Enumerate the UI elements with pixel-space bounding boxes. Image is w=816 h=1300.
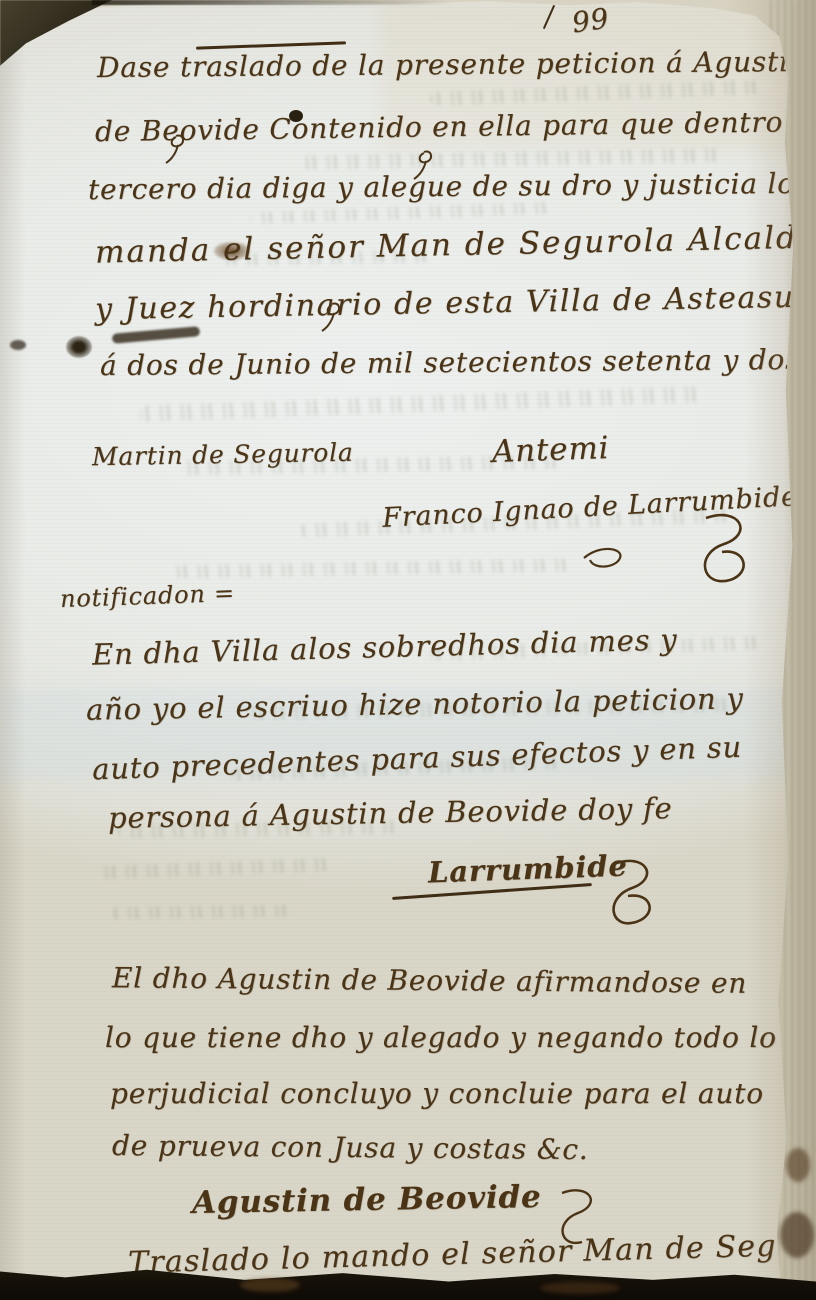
ink-blot-stain — [66, 336, 92, 358]
edge-stain — [780, 1212, 814, 1258]
conclusion-line: El dho Agustin de Beovide afirmandose en — [112, 961, 747, 1000]
flourish-mark — [306, 300, 346, 334]
flourish-mark — [150, 132, 190, 166]
bottom-edge-stain — [540, 1282, 620, 1294]
signature-agustin-de-beovide: Agustin de Beovide — [192, 1179, 542, 1221]
signature-martin-de-segurola: Martin de Segurola — [92, 438, 354, 472]
attestation-ante-mi: Antemi — [491, 430, 609, 470]
top-edge-shadow — [92, 0, 452, 5]
decree-line: Dase traslado de la presente peticion á … — [97, 45, 808, 84]
conclusion-line: perjudicial concluyo y concluie para el … — [110, 1077, 764, 1110]
conclusion-line: de prueva con Jusa y costas &c. — [112, 1129, 589, 1166]
left-edge-shadow — [0, 0, 26, 1300]
decree-line: tercero dia diga y alegue de su dro y ju… — [88, 167, 795, 206]
edge-stain — [786, 1148, 810, 1182]
folio-number: 99 — [570, 2, 611, 40]
conclusion-line: lo que tiene dho y alegado y negando tod… — [105, 1021, 777, 1054]
bottom-edge-stain — [240, 1278, 300, 1292]
decree-line: á dos de Junio de mil setecientos setent… — [100, 343, 801, 382]
rubric-flourish — [598, 858, 662, 942]
paper-sheet: 99 6 Dase traslado de la presente petici… — [0, 0, 816, 1300]
rubric-loop — [580, 540, 630, 574]
manuscript-scan: 99 6 Dase traslado de la presente petici… — [0, 0, 816, 1300]
flourish-mark — [398, 148, 438, 182]
